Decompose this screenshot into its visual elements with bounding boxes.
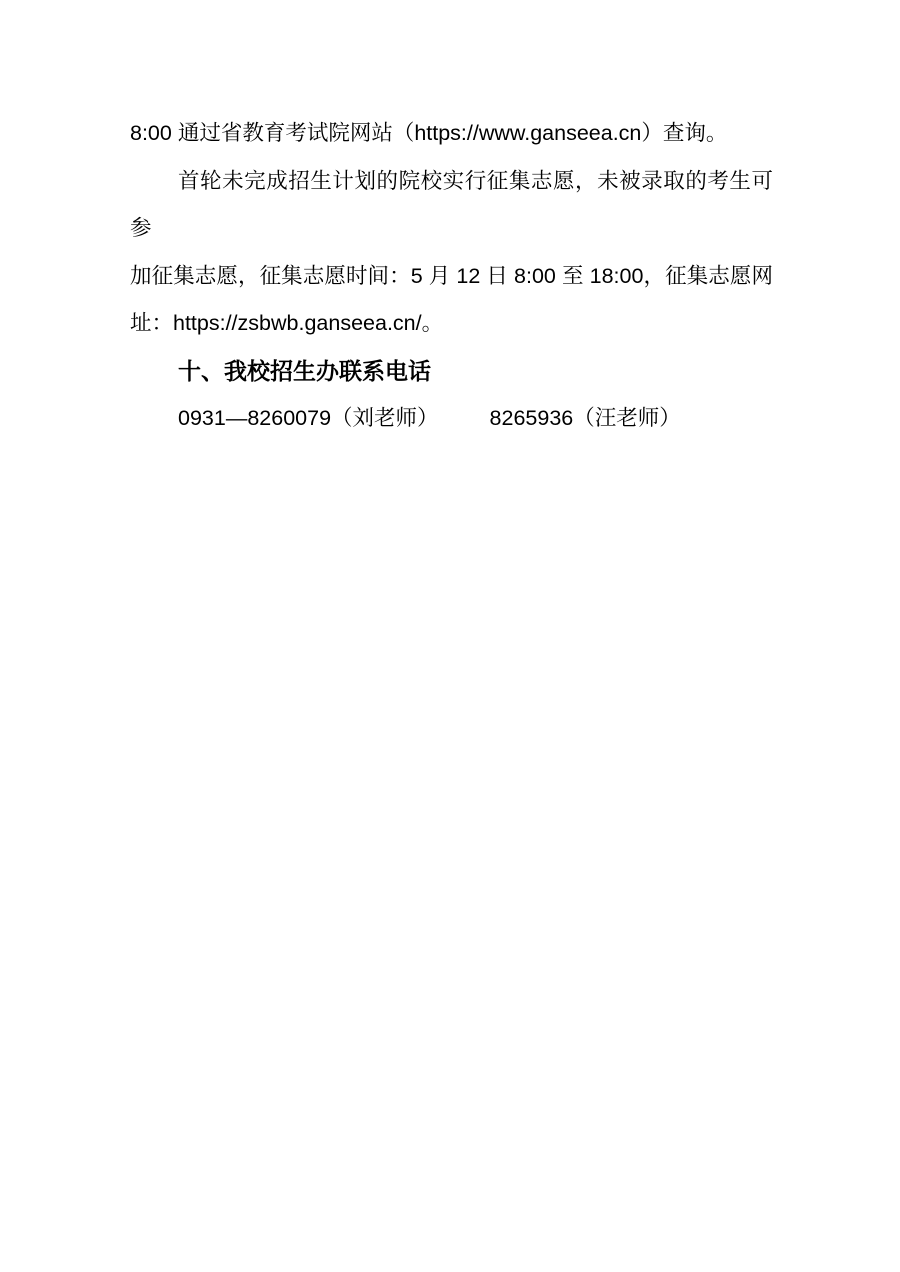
document-page: 8:00 通过省教育考试院网站（https://www.ganseea.cn）查… [0, 0, 900, 1272]
section-heading: 十、我校招生办联系电话 [130, 348, 773, 396]
contact-line: 0931—8260079（刘老师）8265936（汪老师） [130, 395, 773, 443]
paragraph-continuation-line: 8:00 通过省教育考试院网站（https://www.ganseea.cn）查… [130, 110, 773, 158]
contact-phone-liu: 0931—8260079（刘老师） [178, 406, 439, 430]
paragraph-line: 首轮未完成招生计划的院校实行征集志愿，未被录取的考生可参 [130, 158, 773, 253]
paragraph-line: 加征集志愿，征集志愿时间：5 月 12 日 8:00 至 18:00，征集志愿网 [130, 253, 773, 301]
paragraph-url-line: 址：https://zsbwb.ganseea.cn/。 [130, 300, 773, 348]
document-text-block: 8:00 通过省教育考试院网站（https://www.ganseea.cn）查… [130, 110, 773, 443]
contact-phone-wang: 8265936（汪老师） [490, 406, 681, 430]
